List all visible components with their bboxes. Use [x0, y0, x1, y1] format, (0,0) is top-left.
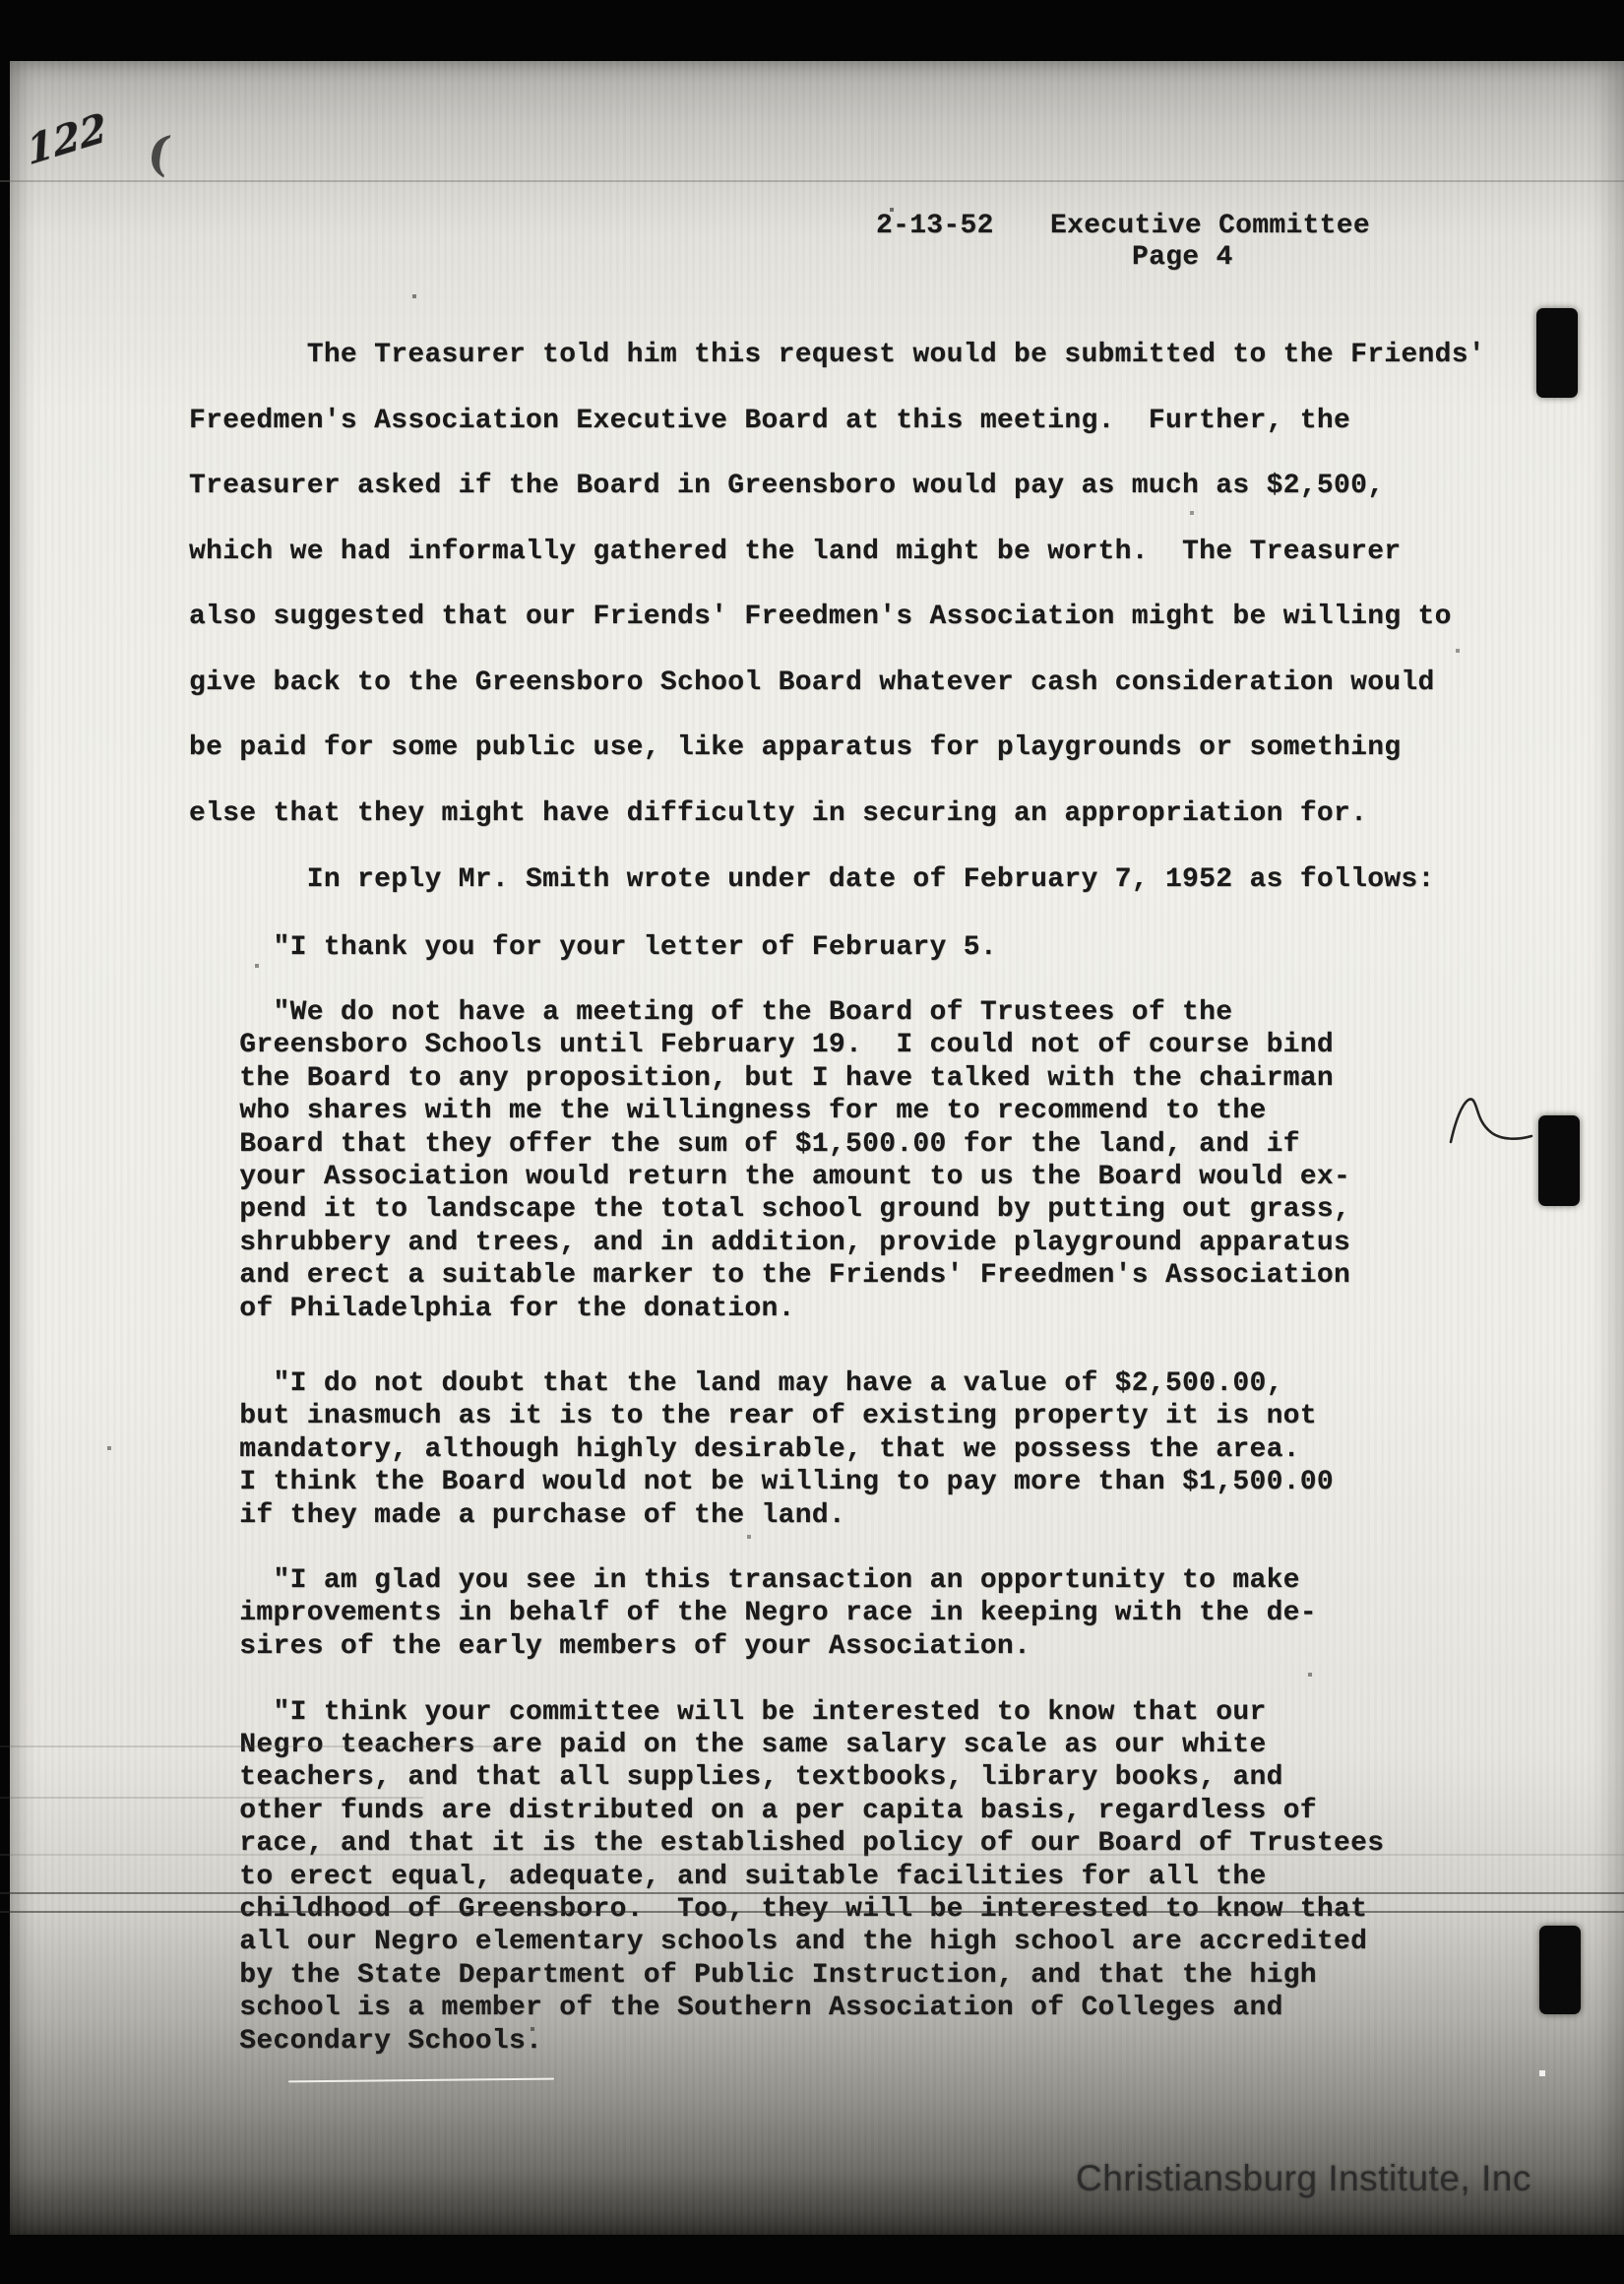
scan-artifact-line [0, 1797, 423, 1799]
text-line: your Association would return the amount… [189, 1161, 1350, 1193]
paragraph: "I am glad you see in this transaction a… [189, 1564, 1384, 2058]
text-line: else that they might have difficulty in … [189, 782, 1485, 848]
paragraph: In reply Mr. Smith wrote under date of F… [189, 848, 1435, 914]
scan-hole-mark [1539, 1926, 1581, 2014]
watermark: Christiansburg Institute, Inc [1076, 2158, 1531, 2199]
text-line: all our Negro elementary schools and the… [189, 1926, 1384, 1958]
scan-artifact-line [0, 1854, 1624, 1856]
text-line: Freedmen's Association Executive Board a… [189, 389, 1485, 455]
text-line: school is a member of the Southern Assoc… [189, 1992, 1384, 2024]
text-line: pend it to landscape the total school gr… [189, 1193, 1350, 1226]
text-line: give back to the Greensboro School Board… [189, 651, 1485, 717]
scan-artifact-line [0, 180, 1624, 182]
text-line: be paid for some public use, like appara… [189, 716, 1485, 782]
paragraph: "I thank you for your letter of February… [189, 931, 997, 964]
text-line: "I am glad you see in this transaction a… [189, 1564, 1384, 1597]
text-line: if they made a purchase of the land. [189, 1499, 1334, 1532]
scanned-page: { "page": { "corner_mark": "122", "pen_m… [0, 0, 1624, 2284]
scan-artifact-line [0, 1892, 1624, 1894]
text-line: Secondary Schools. [189, 2025, 1384, 2058]
text-line [189, 1663, 1384, 1695]
text-line: but inasmuch as it is to the rear of exi… [189, 1400, 1334, 1432]
text-line: also suggested that our Friends' Freedme… [189, 585, 1485, 651]
scan-artifact-line [0, 1911, 1624, 1913]
text-line: which we had informally gathered the lan… [189, 520, 1485, 586]
text-line: teachers, and that all supplies, textboo… [189, 1761, 1384, 1794]
text-line: mandatory, although highly desirable, th… [189, 1433, 1334, 1466]
text-line: race, and that it is the established pol… [189, 1827, 1384, 1860]
text-line: childhood of Greensboro. Too, they will … [189, 1893, 1384, 1926]
text-line: Board that they offer the sum of $1,500.… [189, 1128, 1350, 1161]
text-line: to erect equal, adequate, and suitable f… [189, 1861, 1384, 1893]
scan-hole-mark [1536, 308, 1578, 398]
text-line: other funds are distributed on a per cap… [189, 1795, 1384, 1827]
paragraph: The Treasurer told him this request woul… [189, 323, 1485, 847]
text-line: of Philadelphia for the donation. [189, 1293, 1350, 1325]
text-line: by the State Department of Public Instru… [189, 1959, 1384, 1992]
text-line: Greensboro Schools until February 19. I … [189, 1029, 1350, 1061]
text-line: I think the Board would not be willing t… [189, 1466, 1334, 1498]
text-line: "We do not have a meeting of the Board o… [189, 996, 1350, 1029]
text-line: sires of the early members of your Assoc… [189, 1630, 1384, 1663]
header-page-label: Page 4 [1132, 242, 1233, 273]
header-date: 2-13-52 [876, 211, 994, 241]
paragraph: "I do not doubt that the land may have a… [189, 1367, 1334, 1532]
paragraph: "We do not have a meeting of the Board o… [189, 996, 1350, 1325]
scan-artifact-line [0, 1745, 512, 1747]
text-line: "I do not doubt that the land may have a… [189, 1367, 1334, 1400]
paper-speckles [0, 0, 2, 2]
text-line: The Treasurer told him this request woul… [189, 323, 1485, 389]
text-line: the Board to any proposition, but I have… [189, 1062, 1350, 1095]
text-line: shrubbery and trees, and in addition, pr… [189, 1227, 1350, 1259]
scan-hole-mark [1538, 1115, 1580, 1206]
text-line: "I thank you for your letter of February… [189, 931, 997, 964]
text-line: and erect a suitable marker to the Frien… [189, 1259, 1350, 1292]
text-line: who shares with me the willingness for m… [189, 1095, 1350, 1127]
text-line: Treasurer asked if the Board in Greensbo… [189, 454, 1485, 520]
pen-squiggle [1449, 1093, 1535, 1150]
text-line: improvements in behalf of the Negro race… [189, 1597, 1384, 1629]
header-title: Executive Committee [1050, 211, 1370, 241]
text-line: In reply Mr. Smith wrote under date of F… [189, 848, 1435, 914]
text-line: "I think your committee will be interest… [189, 1696, 1384, 1729]
